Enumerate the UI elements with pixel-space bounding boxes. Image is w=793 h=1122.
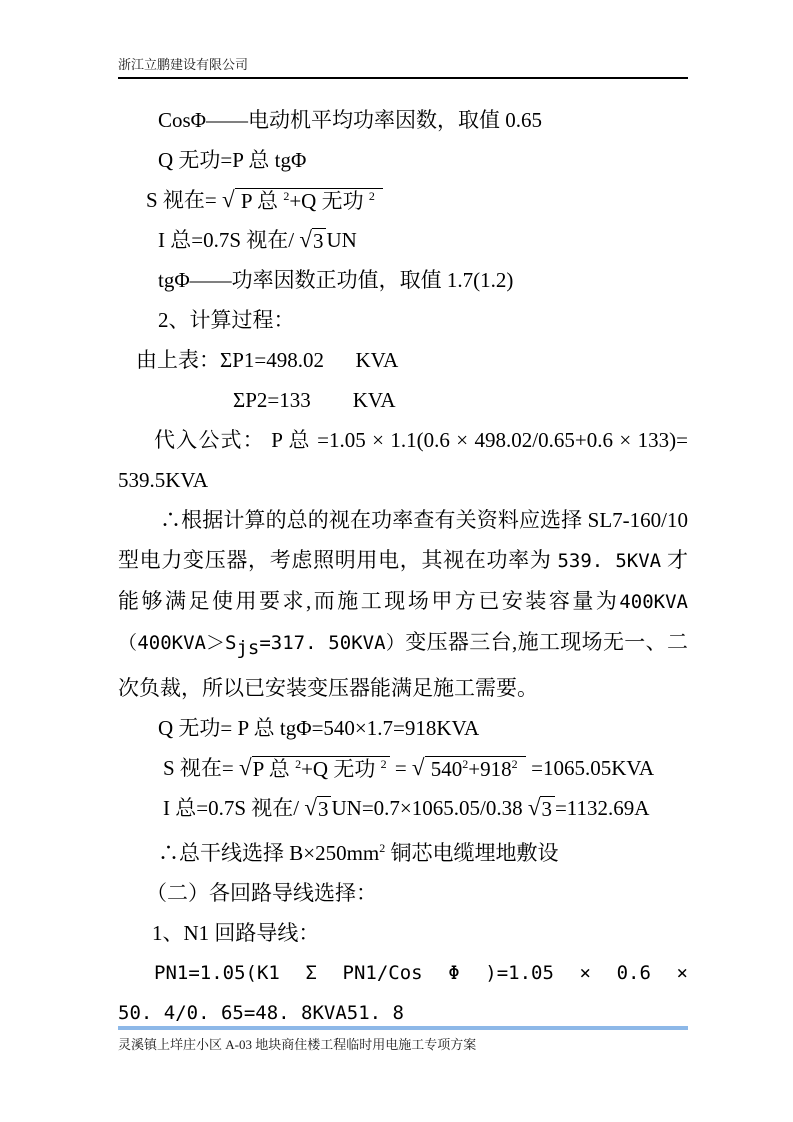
- formula-s-result: S 视在= √P 总 2+Q 无功 2 = √ 5402+9182 =1065.…: [118, 748, 688, 788]
- text-segment: +Q 无功: [289, 189, 369, 213]
- overline-expression: 3: [312, 228, 327, 253]
- text-segment: =317. 50KVA）: [259, 632, 405, 654]
- overline-expression: P 总 2+Q 无功 2: [252, 756, 390, 781]
- text-segment: =1132.69A: [555, 796, 649, 820]
- document-page: 浙江立鹏建设有限公司 CosΦ——电动机平均功率因数，取值 0.65Q 无功=P…: [0, 0, 793, 1122]
- text-segment: =1065.05KVA: [526, 756, 654, 780]
- heading-calc-process: 2、计算过程：: [118, 300, 688, 340]
- line-pn1-formula: PN1=1.05(K1 Σ PN1/Cos Φ )=1.05 × 0.6 ×: [118, 953, 688, 993]
- text-segment: √: [239, 755, 252, 780]
- formula-tg-phi: tgΦ——功率因数正功值，取值 1.7(1.2): [118, 260, 688, 300]
- text-segment: 2、计算过程：: [158, 308, 295, 332]
- text-segment: √: [412, 755, 425, 780]
- line-result-539: 539.5KVA: [118, 460, 688, 500]
- text-segment: PN1=1.05(K1 Σ PN1/Cos Φ )=1.05 × 0.6 ×: [154, 962, 688, 984]
- overline-expression: 3: [540, 796, 555, 821]
- text-segment: √: [299, 227, 312, 252]
- formula-i-zong: I 总=0.7S 视在/ √3UN: [118, 220, 688, 260]
- text-segment: I 总=0.7S 视在/: [158, 228, 299, 252]
- text-segment: （二）各回路导线选择：: [146, 881, 377, 905]
- text-segment: CosΦ——电动机平均功率因数，取值 0.65: [158, 108, 542, 132]
- text-segment: 540: [426, 757, 463, 781]
- line-substitute-formula: 代入公式： P 总 =1.05 × 1.1(0.6 × 498.02/0.65+…: [118, 420, 688, 460]
- formula-i-result: I 总=0.7S 视在/ √3UN=0.7×1065.05/0.38 √3=11…: [118, 788, 688, 828]
- text-segment: √: [304, 795, 317, 820]
- line-sum-p1: 由上表：ΣP1=498.02 KVA: [118, 340, 688, 380]
- text-segment: √: [222, 187, 235, 212]
- formula-q-wugong: Q 无功=P 总 tgΦ: [118, 140, 688, 180]
- document-body: CosΦ——电动机平均功率因数，取值 0.65Q 无功=P 总 tgΦS 视在=…: [118, 100, 688, 1033]
- line-sum-p2: ΣP2=133 KVA: [118, 380, 688, 420]
- overline-expression: P 总 2+Q 无功 2: [235, 188, 383, 213]
- text-segment: P 总: [236, 189, 284, 213]
- text-segment: 50. 4/0. 65=48. 8KVA51. 8: [118, 1002, 404, 1024]
- page-header: 浙江立鹏建设有限公司: [118, 56, 688, 79]
- text-segment: 铜芯电缆埋地敷设: [385, 841, 558, 865]
- formula-q-result: Q 无功= P 总 tgΦ=540×1.7=918KVA: [118, 708, 688, 748]
- line-main-cable-conclusion: ∴总干线选择 B×250mm2 铜芯电缆埋地敷设: [118, 828, 688, 873]
- formula-s-shizai: S 视在= √ P 总 2+Q 无功 2: [118, 180, 688, 220]
- text-segment: js: [236, 637, 259, 659]
- header-company-name: 浙江立鹏建设有限公司: [118, 57, 248, 72]
- heading-section-two: （二）各回路导线选择：: [118, 873, 688, 913]
- text-segment: =: [390, 756, 412, 780]
- text-segment: ΣP2=133 KVA: [233, 388, 396, 412]
- text-segment: Q 无功=P 总 tgΦ: [158, 148, 306, 172]
- text-segment: tgΦ——功率因数正功值，取值 1.7(1.2): [158, 268, 513, 292]
- text-segment: [375, 189, 380, 213]
- text-segment: 539.5KVA: [118, 468, 208, 492]
- text-segment: 代入公式： P 总 =1.05 × 1.1(0.6 × 498.02/0.65+…: [154, 428, 688, 452]
- text-segment: 由上表：ΣP1=498.02 KVA: [136, 348, 398, 372]
- text-segment: S 视在=: [146, 188, 222, 212]
- text-segment: [518, 757, 523, 781]
- text-segment: 539. 5KVA: [557, 550, 661, 572]
- text-segment: I 总=0.7S 视在/: [163, 796, 304, 820]
- text-segment: UN: [326, 228, 356, 252]
- paragraph-transformer: ∴根据计算的总的视在功率查有关资料应选择 SL7-160/10 型电力变压器，考…: [118, 500, 688, 708]
- overline-expression: 3: [317, 796, 332, 821]
- formula-cos-phi: CosΦ——电动机平均功率因数，取值 0.65: [118, 100, 688, 140]
- text-segment: 1、N1 回路导线：: [152, 921, 319, 945]
- heading-n1-circuit: 1、N1 回路导线：: [118, 913, 688, 953]
- text-segment: Q 无功= P 总 tgΦ=540×1.7=918KVA: [158, 716, 479, 740]
- text-segment: +Q 无功: [301, 757, 381, 781]
- text-segment: +918: [468, 757, 511, 781]
- page-footer: 灵溪镇上垟庄小区 A-03 地块商住楼工程临时用电施工专项方案: [118, 1026, 688, 1053]
- footer-project-title: 灵溪镇上垟庄小区 A-03 地块商住楼工程临时用电施工专项方案: [118, 1037, 476, 1052]
- text-segment: 2: [381, 757, 387, 771]
- text-segment: UN=0.7×1065.05/0.38: [331, 796, 527, 820]
- text-segment: ∴总干线选择 B×250mm: [158, 841, 379, 865]
- overline-expression: 5402+9182: [425, 756, 526, 781]
- text-segment: √: [528, 795, 541, 820]
- text-segment: S 视在=: [163, 756, 239, 780]
- text-segment: P 总: [253, 757, 295, 781]
